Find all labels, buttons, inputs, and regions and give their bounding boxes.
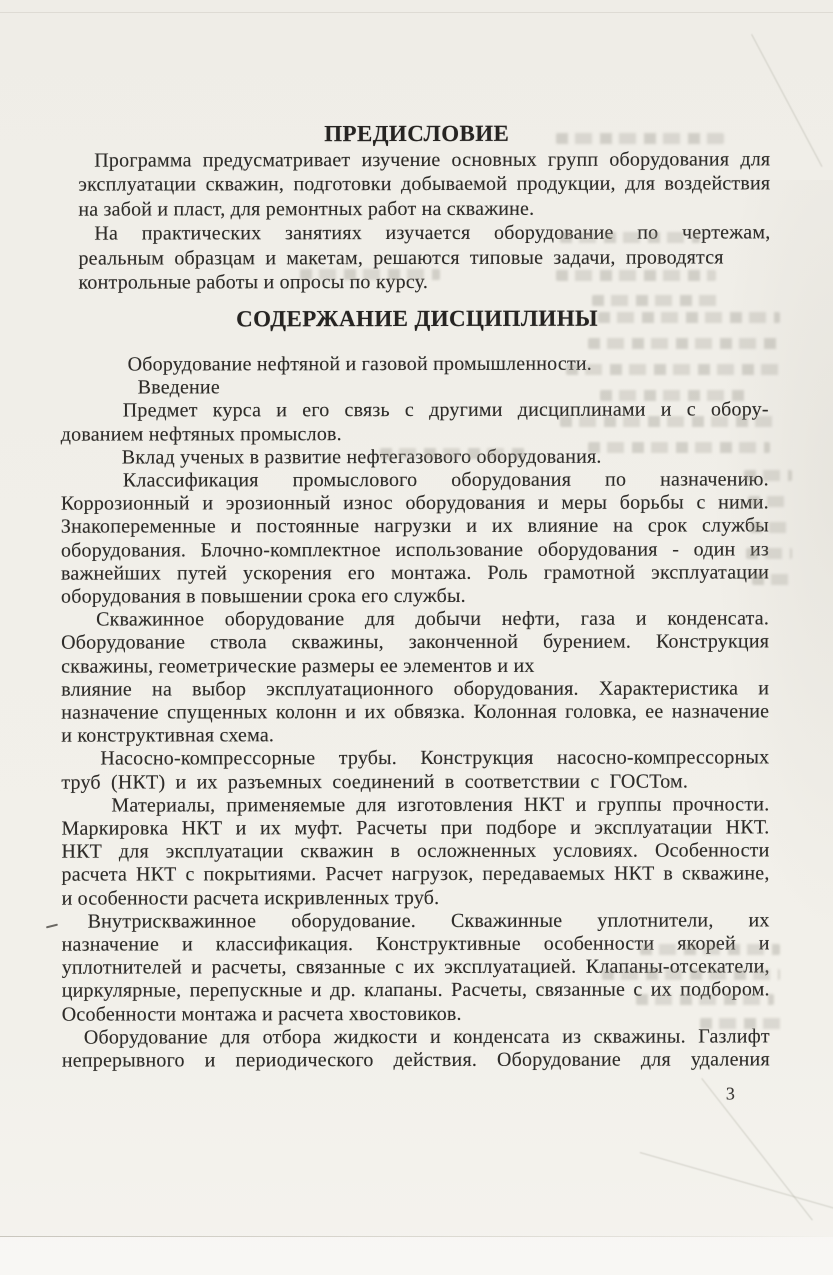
text-line: оборудования. Блочно-комплектное использ… <box>61 538 769 562</box>
contents-paragraph-6: Скважинное оборудование для добычи нефти… <box>61 608 769 748</box>
bleedthrough-text-artifact <box>588 338 780 349</box>
text-line: назначение спущенных колонн и их обвязка… <box>61 700 769 724</box>
contents-paragraphs: Оборудование нефтяной и газовой промышле… <box>61 352 770 1073</box>
preface-paragraph-1: Программа предусматривает изучение основ… <box>78 147 770 221</box>
bleedthrough-text-artifact <box>380 448 530 459</box>
paper-crease <box>640 1152 833 1227</box>
text-line: расчета НКТ с покрытиями. Расчет нагрузо… <box>62 863 770 887</box>
text-line: непрерывного и периодического действия. … <box>62 1048 770 1072</box>
text-line: Оборудование для отбора жидкости и конде… <box>62 1025 770 1049</box>
bleedthrough-text-artifact <box>744 470 792 481</box>
bleedthrough-text-artifact <box>600 390 750 401</box>
text-line: реальным образцам и макетам, решаются ти… <box>78 245 770 271</box>
text-line: Особенности монтажа и расчета хвостовико… <box>62 1002 770 1026</box>
bleedthrough-text-artifact <box>602 969 780 980</box>
paper-crease <box>701 1078 813 1220</box>
text-line: влияние на выбор эксплуатационного обору… <box>61 677 769 701</box>
text-line: НКТ для эксплуатации скважин в осложненн… <box>61 840 769 864</box>
bleedthrough-text-artifact <box>300 269 440 280</box>
text-line: Знакопеременные и постоянные нагрузки и … <box>61 515 769 539</box>
bleedthrough-text-artifact <box>588 442 770 453</box>
bleedthrough-text-artifact <box>592 295 722 306</box>
bleedthrough-text-artifact <box>560 232 700 243</box>
text-line: Внутрискважинное оборудование. Скважинны… <box>62 909 770 933</box>
scan-top-edge-line <box>0 12 833 13</box>
bleedthrough-text-artifact <box>566 364 780 375</box>
text-line: Классификация промыслового оборудования … <box>61 468 769 492</box>
bleedthrough-text-artifact <box>556 133 724 144</box>
text-line: оборудования в повышении срока его служб… <box>61 584 769 608</box>
bleedthrough-text-artifact <box>636 994 774 1005</box>
contents-paragraph-10: Оборудование для отбора жидкости и конде… <box>62 1025 770 1073</box>
text-line: Насосно-компрессорные трубы. Конструкция… <box>61 747 769 771</box>
text-line: Оборудование ствола скважины, законченно… <box>61 631 769 655</box>
text-line: эксплуатации скважин, подготовки добывае… <box>78 172 770 198</box>
contents-paragraph-8: Материалы, применяемые для изготовления … <box>61 793 769 910</box>
bleedthrough-text-artifact <box>748 496 792 507</box>
text-line: важнейших путей ускорения его монтажа. Р… <box>61 561 769 585</box>
text-line: труб (НКТ) и их разъемных соединений в с… <box>61 770 769 794</box>
contents-paragraph-9: Внутрискважинное оборудование. Скважинны… <box>62 909 770 1026</box>
scanned-document-page: { "document": { "page_number": "3", "pre… <box>0 0 833 1275</box>
text-line: Материалы, применяемые для изготовления … <box>61 793 769 817</box>
text-line: и особенности расчета искривленных труб. <box>62 886 770 910</box>
bleedthrough-text-artifact <box>560 416 778 427</box>
bleedthrough-text-artifact <box>598 312 780 323</box>
bleedthrough-text-artifact <box>640 944 780 955</box>
paper-edge-strip <box>0 1237 833 1275</box>
text-line: Скважинное оборудование для добычи нефти… <box>61 608 769 632</box>
text-line: Коррозионный и эрозионный износ оборудов… <box>61 492 769 516</box>
text-line: скважины, геометрические размеры ее элем… <box>61 654 769 678</box>
text-line: Маркировка НКТ и их муфт. Расчеты при по… <box>61 816 769 840</box>
text-line: Программа предусматривает изучение основ… <box>78 147 770 173</box>
bleedthrough-text-artifact <box>556 270 716 281</box>
page-text-column: ПРЕДИСЛОВИЕ Программа предусматривает из… <box>0 0 833 1</box>
contents-paragraph-5: Классификация промыслового оборудования … <box>61 468 769 608</box>
page-number: 3 <box>726 1083 735 1104</box>
text-line: на забой и пласт, для ремонтных работ на… <box>78 196 770 222</box>
text-line: и конструктивная схема. <box>61 724 769 748</box>
contents-paragraph-7: Насосно-компрессорные трубы. Конструкция… <box>61 747 769 795</box>
bleedthrough-text-artifact <box>700 1018 788 1029</box>
bleedthrough-text-artifact <box>746 548 792 559</box>
bleedthrough-text-artifact <box>752 574 792 585</box>
bleedthrough-text-artifact <box>750 522 792 533</box>
